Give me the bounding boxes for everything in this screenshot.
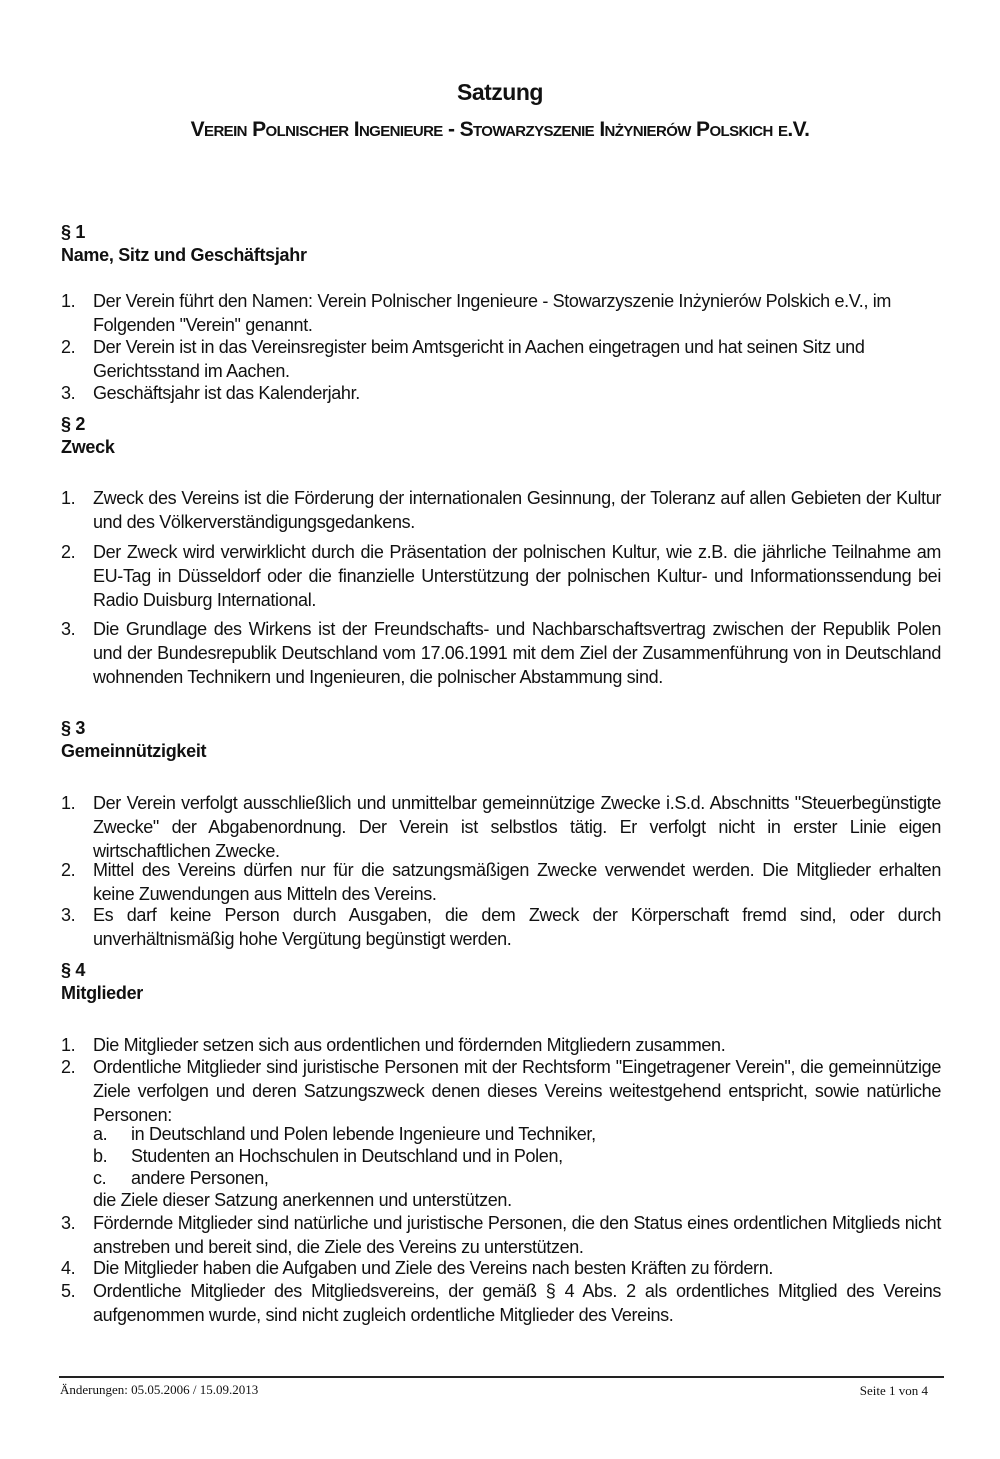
- list-item: 5. Ordentliche Mitglieder des Mitgliedsv…: [61, 1279, 941, 1327]
- item-text: Der Verein führt den Namen: Verein Polni…: [93, 289, 941, 337]
- item-number: 3.: [61, 381, 75, 405]
- item-text: Ordentliche Mitglieder sind juristische …: [93, 1055, 941, 1127]
- section-title: Name, Sitz und Geschäftsjahr: [61, 245, 307, 266]
- item-text: Der Verein ist in das Vereinsregister be…: [93, 335, 941, 383]
- item-text: Der Zweck wird verwirklicht durch die Pr…: [93, 540, 941, 612]
- sub-list-item: c. andere Personen,: [93, 1166, 933, 1190]
- item-text: Der Verein verfolgt ausschließlich und u…: [93, 791, 941, 863]
- list-item: 3. Es darf keine Person durch Ausgaben, …: [61, 903, 941, 951]
- item-text: Die Mitglieder haben die Aufgaben und Zi…: [93, 1256, 941, 1280]
- section-number: § 4: [61, 960, 85, 981]
- item-text: Zweck des Vereins ist die Förderung der …: [93, 486, 941, 534]
- item-number: 3.: [61, 903, 75, 927]
- page-number: Seite 1 von 4: [860, 1383, 928, 1399]
- item-text: Die Mitglieder setzen sich aus ordentlic…: [93, 1033, 941, 1057]
- item-number: 3.: [61, 617, 75, 641]
- item-text: Mittel des Vereins dürfen nur für die sa…: [93, 858, 941, 906]
- list-item: 3. Fördernde Mitglieder sind natürliche …: [61, 1211, 941, 1259]
- section-title: Mitglieder: [61, 983, 143, 1004]
- item-number: 5.: [61, 1279, 75, 1303]
- sub-item-text: in Deutschland und Polen lebende Ingenie…: [131, 1122, 933, 1146]
- section-title: Zweck: [61, 437, 115, 458]
- list-item: 2. Mittel des Vereins dürfen nur für die…: [61, 858, 941, 906]
- list-item: 4. Die Mitglieder haben die Aufgaben und…: [61, 1256, 941, 1280]
- list-item: 3. Geschäftsjahr ist das Kalenderjahr.: [61, 381, 941, 405]
- item-number: 2.: [61, 1055, 75, 1079]
- list-item-continuation: die Ziele dieser Satzung anerkennen und …: [93, 1188, 512, 1212]
- list-item: 2. Ordentliche Mitglieder sind juristisc…: [61, 1055, 941, 1127]
- sub-item-letter: a.: [93, 1122, 107, 1146]
- item-number: 2.: [61, 335, 75, 359]
- section-number: § 1: [61, 222, 85, 243]
- item-text: Es darf keine Person durch Ausgaben, die…: [93, 903, 941, 951]
- item-number: 2.: [61, 540, 75, 564]
- item-number: 3.: [61, 1211, 75, 1235]
- item-number: 2.: [61, 858, 75, 882]
- footer-changes: Änderungen: 05.05.2006 / 15.09.2013: [60, 1382, 258, 1398]
- document-title: Satzung: [0, 79, 1000, 106]
- sub-item-letter: c.: [93, 1166, 106, 1190]
- section-number: § 2: [61, 414, 85, 435]
- list-item: 2. Der Verein ist in das Vereinsregister…: [61, 335, 941, 383]
- item-number: 1.: [61, 791, 75, 815]
- footer-divider: [59, 1376, 944, 1378]
- item-number: 1.: [61, 289, 75, 313]
- item-number: 4.: [61, 1256, 75, 1280]
- item-text: Geschäftsjahr ist das Kalenderjahr.: [93, 381, 941, 405]
- item-text: Die Grundlage des Wirkens ist der Freund…: [93, 617, 941, 689]
- sub-item-letter: b.: [93, 1144, 107, 1168]
- item-text: Fördernde Mitglieder sind natürliche und…: [93, 1211, 941, 1259]
- sub-list-item: b. Studenten an Hochschulen in Deutschla…: [93, 1144, 933, 1168]
- document-subtitle: Verein Polnischer Ingenieure - Stowarzys…: [0, 118, 1000, 142]
- list-item: 1. Die Mitglieder setzen sich aus ordent…: [61, 1033, 941, 1057]
- sub-list-item: a. in Deutschland und Polen lebende Inge…: [93, 1122, 933, 1146]
- section-title: Gemeinnützigkeit: [61, 741, 206, 762]
- list-item: 1. Der Verein verfolgt ausschließlich un…: [61, 791, 941, 863]
- list-item: 1. Der Verein führt den Namen: Verein Po…: [61, 289, 941, 337]
- list-item: 3. Die Grundlage des Wirkens ist der Fre…: [61, 617, 941, 689]
- section-number: § 3: [61, 718, 85, 739]
- item-number: 1.: [61, 1033, 75, 1057]
- list-item: 2. Der Zweck wird verwirklicht durch die…: [61, 540, 941, 612]
- list-item: 1. Zweck des Vereins ist die Förderung d…: [61, 486, 941, 534]
- item-number: 1.: [61, 486, 75, 510]
- sub-item-text: Studenten an Hochschulen in Deutschland …: [131, 1144, 933, 1168]
- item-text: Ordentliche Mitglieder des Mitgliedsvere…: [93, 1279, 941, 1327]
- sub-item-text: andere Personen,: [131, 1166, 933, 1190]
